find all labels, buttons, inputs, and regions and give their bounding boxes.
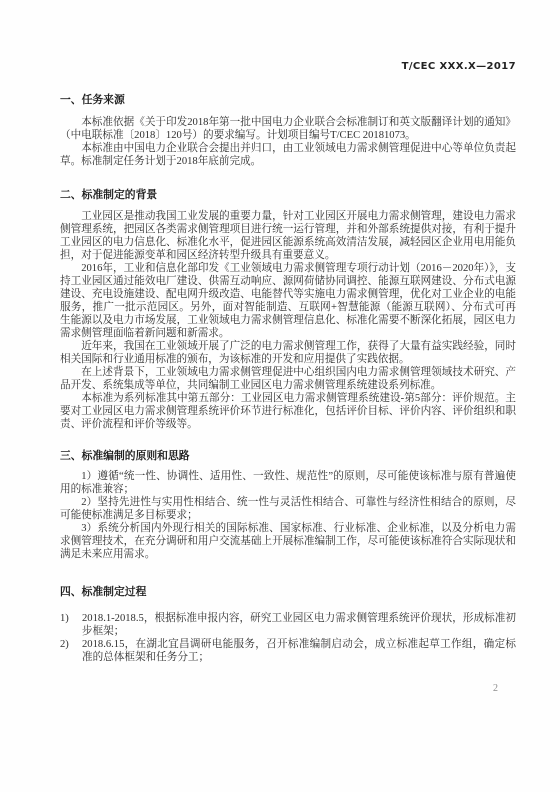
list-item: 1) 2018.1-2018.5，根据标准申报内容，研究工业园区电力需求侧管理系… <box>60 612 516 638</box>
section-process: 四、标准制定过程 1) 2018.1-2018.5，根据标准申报内容，研究工业园… <box>60 585 516 664</box>
paragraph: 在上述背景下，工业领域电力需求侧管理促进中心组织国内电力需求侧管理领域技术研究、… <box>60 366 516 392</box>
list-item-text: 2018.1-2018.5，根据标准申报内容，研究工业园区电力需求侧管理系统评价… <box>82 612 516 638</box>
paragraph: 近年来，我国在工业领域开展了广泛的电力需求侧管理工作，获得了大量有益实践经验，同… <box>60 340 516 366</box>
list-item: 2) 2018.6.15，在湖北宜昌调研电能服务，召开标准编制启动会，成立标准起… <box>60 638 516 664</box>
page-number: 2 <box>60 682 516 695</box>
paragraph: 本标准为系列标准其中第五部分：工业园区电力需求侧管理系统建设-第5部分：评价规范… <box>60 392 516 431</box>
list-marker: 2) <box>60 638 82 651</box>
paragraph: 本标准依据《关于印发2018年第一批中国电力企业联合会标准制订和英文版翻译计划的… <box>60 116 516 142</box>
section-heading-task-source: 一、任务来源 <box>60 93 516 106</box>
standard-reference: T/CEC XXX.X—2017 <box>60 60 516 73</box>
list-marker: 1) <box>60 612 82 625</box>
paragraph: 1）遵循“统一性、协调性、适用性、一致性、规范性”的原则，尽可能使该标准与原有普… <box>60 470 516 496</box>
section-heading-process: 四、标准制定过程 <box>60 585 516 598</box>
section-principles: 三、标准编制的原则和思路 1）遵循“统一性、协调性、适用性、一致性、规范性”的原… <box>60 449 516 561</box>
paragraph: 2）坚持先进性与实用性相结合、统一性与灵活性相结合、可靠性与经济性相结合的原则，… <box>60 496 516 522</box>
section-heading-principles: 三、标准编制的原则和思路 <box>60 449 516 462</box>
section-task-source: 一、任务来源 本标准依据《关于印发2018年第一批中国电力企业联合会标准制订和英… <box>60 93 516 168</box>
process-step-list: 1) 2018.1-2018.5，根据标准申报内容，研究工业园区电力需求侧管理系… <box>60 612 516 664</box>
paragraph: 本标准由中国电力企业联合会提出并归口，由工业领域电力需求侧管理促进中心等单位负责… <box>60 142 516 168</box>
document-page: T/CEC XXX.X—2017 一、任务来源 本标准依据《关于印发2018年第… <box>0 0 560 792</box>
paragraph: 工业园区是推动我国工业发展的重要力量，针对工业园区开展电力需求侧管理，建设电力需… <box>60 210 516 262</box>
section-background: 二、标准制定的背景 工业园区是推动我国工业发展的重要力量，针对工业园区开展电力需… <box>60 188 516 431</box>
section-heading-background: 二、标准制定的背景 <box>60 188 516 201</box>
paragraph: 2016年，工业和信息化部印发《工业领域电力需求侧管理专项行动计划（2016－2… <box>60 262 516 340</box>
paragraph: 3）系统分析国内外现行相关的国际标准、国家标准、行业标准、企业标准，以及分析电力… <box>60 522 516 561</box>
list-item-text: 2018.6.15，在湖北宜昌调研电能服务，召开标准编制启动会，成立标准起草工作… <box>82 638 516 664</box>
